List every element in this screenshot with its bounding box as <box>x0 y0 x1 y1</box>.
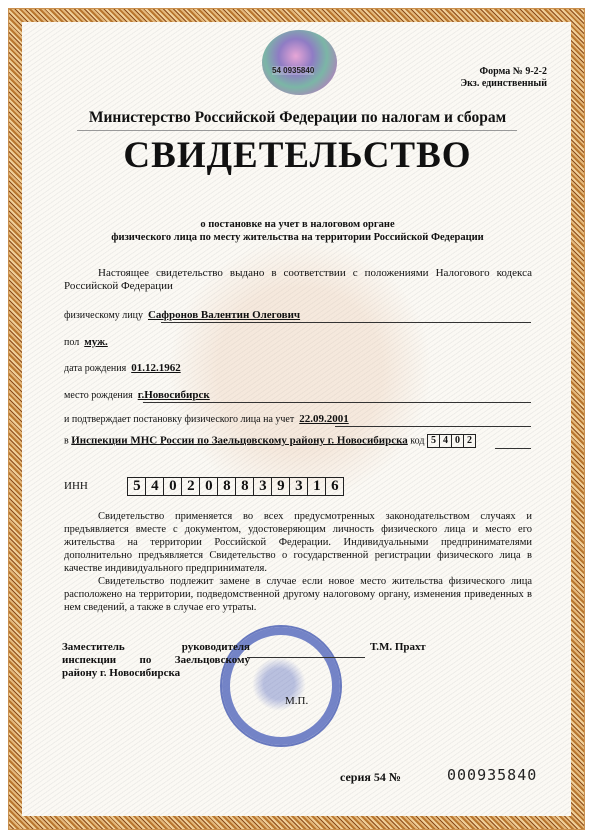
inspection-value: Инспекции МНС России по Заельцовскому ра… <box>71 434 408 446</box>
inn-digit: 4 <box>146 478 164 495</box>
signer-position: Заместитель руководителя инспекции по За… <box>62 641 250 680</box>
code-digit: 4 <box>440 435 452 447</box>
birth-date-field: дата рождения 01.12.1962 <box>64 362 181 374</box>
hologram-text: 54 0935840 <box>272 66 314 75</box>
birth-date-label: дата рождения <box>64 363 126 374</box>
signer-position-line: инспекции по Заельцовскому <box>62 654 250 667</box>
certificate-subtitle: о постановке на учет в налоговом органе … <box>0 218 595 244</box>
inn-digit: 3 <box>254 478 272 495</box>
sex-label: пол <box>64 337 79 348</box>
sex-field: пол муж. <box>64 336 108 348</box>
serial-number: 000935840 <box>447 766 537 784</box>
field-underline <box>143 402 531 403</box>
inn-digit: 1 <box>308 478 326 495</box>
divider <box>77 130 517 131</box>
terms-paragraph: Свидетельство подлежит замене в случае е… <box>64 575 532 614</box>
field-underline <box>161 322 531 323</box>
form-number: Форма № 9-2-2 <box>460 66 547 78</box>
code-digit: 5 <box>428 435 440 447</box>
inn-digit: 2 <box>182 478 200 495</box>
birth-place-value: г.Новосибирск <box>138 389 210 401</box>
intro-text: Настоящее свидетельство выдано в соответ… <box>64 267 532 293</box>
inn-digit: 3 <box>290 478 308 495</box>
ministry-heading: Министерство Российской Федерации по нал… <box>0 109 595 127</box>
sex-value: муж. <box>84 336 108 348</box>
person-field: физическому лицу Сафронов Валентин Олего… <box>64 309 300 321</box>
inn-digit: 5 <box>128 478 146 495</box>
person-value: Сафронов Валентин Олегович <box>148 309 300 321</box>
birth-place-label: место рождения <box>64 390 133 401</box>
inn-digit: 0 <box>200 478 218 495</box>
inspection-prefix: в <box>64 435 69 446</box>
inn-digit: 8 <box>218 478 236 495</box>
hologram-seal: 54 0935840 <box>262 30 337 95</box>
tax-office-code: 5402 <box>427 434 476 448</box>
registration-date: 22.09.2001 <box>299 413 349 425</box>
terms-text: Свидетельство применяется во всех предус… <box>64 510 532 614</box>
inn-digit: 0 <box>164 478 182 495</box>
subtitle-line: физического лица по месту жительства на … <box>0 231 595 244</box>
signer-position-line: Заместитель руководителя <box>62 641 250 654</box>
signer-position-line: району г. Новосибирска <box>62 667 250 680</box>
registration-label: и подтверждает постановку физического ли… <box>64 414 294 425</box>
inn-field: ИНН 540208839316 <box>64 477 344 496</box>
code-digit: 0 <box>452 435 464 447</box>
copy-note: Экз. единственный <box>460 78 547 90</box>
seal-label: М.П. <box>285 695 308 707</box>
terms-paragraph: Свидетельство применяется во всех предус… <box>64 510 532 575</box>
code-digit: 2 <box>464 435 475 447</box>
form-number-block: Форма № 9-2-2 Экз. единственный <box>460 66 547 90</box>
inspection-field: в Инспекции МНС России по Заельцовскому … <box>64 434 476 448</box>
inn-number: 540208839316 <box>127 477 344 496</box>
inn-digit: 6 <box>326 478 343 495</box>
registration-field: и подтверждает постановку физического ли… <box>64 413 349 425</box>
birth-date-value: 01.12.1962 <box>131 362 181 374</box>
inn-label: ИНН <box>64 480 88 492</box>
certificate-title: СВИДЕТЕЛЬСТВО <box>0 134 595 177</box>
subtitle-line: о постановке на учет в налоговом органе <box>0 218 595 231</box>
field-underline <box>335 426 531 427</box>
inn-digit: 9 <box>272 478 290 495</box>
inn-digit: 8 <box>236 478 254 495</box>
signer-name: Т.М. Прахт <box>370 641 426 653</box>
signature-line <box>247 657 365 658</box>
code-label: код <box>410 435 424 446</box>
birth-place-field: место рождения г.Новосибирск <box>64 389 210 401</box>
field-underline <box>495 448 531 449</box>
series-label: серия 54 № <box>340 770 401 785</box>
person-label: физическому лицу <box>64 310 143 321</box>
